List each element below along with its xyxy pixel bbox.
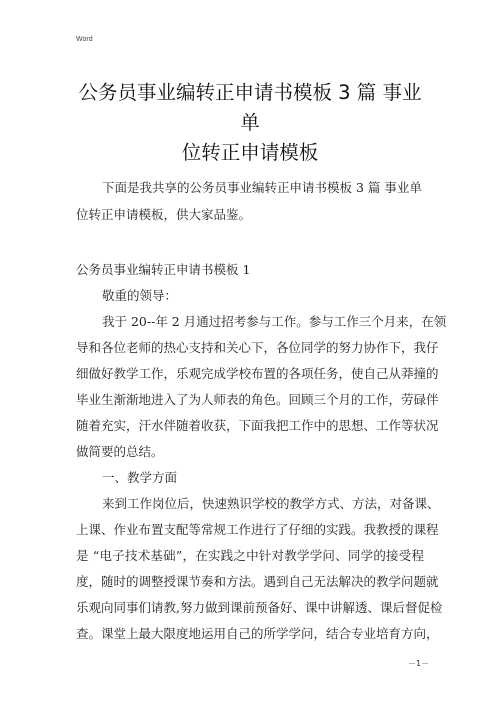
- page-number: －1－: [408, 658, 429, 669]
- paragraph-line: 度，随时的调整授课节奏和方法。遇到自己无法解决的教学问题就: [76, 572, 424, 592]
- paragraph-line: 导和各位老师的热心支持和关心下，各位同学的努力协作下，我仔: [76, 338, 424, 358]
- header-label: Word: [76, 36, 93, 43]
- subheading-teaching: 一、教学方面: [76, 468, 177, 488]
- paragraph-line: 细做好教学工作，乐观完成学校布置的各项任务，使自己从莽撞的: [76, 364, 424, 384]
- paragraph-line: 上课、作业布置支配等常规工作进行了仔细的实践。我教授的课程: [76, 520, 424, 540]
- paragraph-line: 乐观向同事们请教,努力做到课前预备好、课中讲解透、课后督促检: [76, 598, 424, 618]
- paragraph-line: 来到工作岗位后，快速熟识学校的教学方式、方法，对备课、: [76, 494, 424, 514]
- paragraph-line: 是 “电子技术基础”，在实践之中针对教学学问、同学的接受程: [76, 546, 424, 566]
- paragraph-line: 毕业生渐渐地进入了为人师表的角色。回顾三个月的工作，劳碌伴: [76, 390, 424, 410]
- section-heading: 公务员事业编转正申请书模板 1: [76, 260, 250, 280]
- document-title: 公务员事业编转正申请书模板 3 篇 事业单 位转正申请模板: [70, 78, 430, 168]
- paragraph-line: 做简要的总结。: [76, 442, 164, 462]
- salutation: 敬重的领导：: [76, 286, 177, 306]
- intro-line-1: 下面是我共享的公务员事业编转正申请书模板 3 篇 事业单: [76, 178, 422, 198]
- title-line-1: 公务员事业编转正申请书模板 3 篇 事业单: [70, 78, 430, 138]
- title-line-2: 位转正申请模板: [70, 138, 430, 168]
- paragraph-line: 查。课堂上最大限度地运用自己的所学学问，结合专业培育方向，: [76, 624, 424, 644]
- paragraph-line: 我于 20--年 2 月通过招考参与工作。参与工作三个月来，在领: [76, 312, 424, 332]
- paragraph-line: 随着充实，汗水伴随着收获，下面我把工作中的思想、工作等状况: [76, 416, 424, 436]
- intro-line-2: 位转正申请模板，供大家品鉴。: [76, 205, 251, 225]
